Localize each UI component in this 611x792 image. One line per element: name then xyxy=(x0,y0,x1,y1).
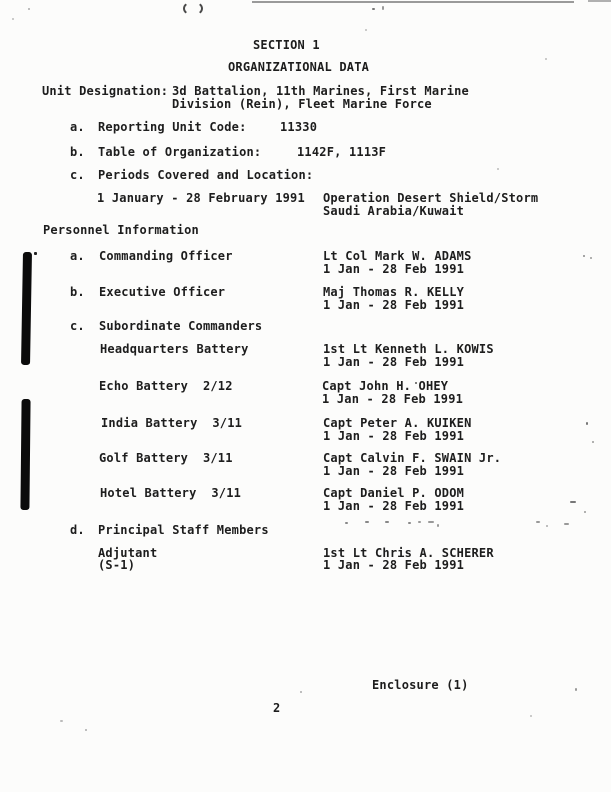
scan-speck xyxy=(428,521,434,523)
scan-line-top xyxy=(252,1,574,3)
personnel-b-name: Maj Thomas R. KELLY xyxy=(323,286,464,299)
org-item-b-letter: b. xyxy=(70,146,85,159)
unit-designation-line2: Division (Rein), Fleet Marine Force xyxy=(172,98,432,111)
staff-adjutant-dates: 1 Jan - 28 Feb 1991 xyxy=(323,559,464,572)
org-item-a-value: 11330 xyxy=(280,121,317,134)
staff-heading-title: Principal Staff Members xyxy=(98,524,269,537)
margin-bar-1 xyxy=(21,252,32,365)
personnel-c-letter: c. xyxy=(70,320,85,333)
scan-speck xyxy=(564,523,569,525)
scan-line-top-right xyxy=(588,0,611,2)
scan-speck xyxy=(365,521,369,523)
scan-speck xyxy=(418,521,421,523)
period-location-line2: Saudi Arabia/Kuwait xyxy=(323,205,464,218)
personnel-a-title: Commanding Officer xyxy=(99,250,233,263)
personnel-b-dates: 1 Jan - 28 Feb 1991 xyxy=(323,299,464,312)
document-title: ORGANIZATIONAL DATA xyxy=(228,61,369,74)
staff-heading-letter: d. xyxy=(70,524,85,537)
scan-speck xyxy=(372,8,375,10)
scan-speck xyxy=(385,521,389,523)
subordinate-1-unit: Headquarters Battery xyxy=(100,343,249,356)
scan-speck xyxy=(28,8,30,10)
scan-speck xyxy=(382,6,384,10)
staff-adjutant-line2: (S-1) xyxy=(98,559,135,572)
personnel-a-letter: a. xyxy=(70,250,85,263)
subordinate-1-dates: 1 Jan - 28 Feb 1991 xyxy=(323,356,464,369)
org-item-a-letter: a. xyxy=(70,121,85,134)
scan-speck xyxy=(575,688,577,691)
margin-bar-2 xyxy=(20,399,30,510)
enclosure-note: Enclosure (1) xyxy=(372,679,469,692)
org-item-c-letter: c. xyxy=(70,169,85,182)
scan-speck xyxy=(408,522,411,524)
scan-speck xyxy=(12,18,14,20)
scan-speck xyxy=(85,729,87,731)
scan-speck xyxy=(365,29,367,31)
subordinate-2-name: Capt John H. OHEY xyxy=(322,380,448,393)
page-number: 2 xyxy=(273,702,280,715)
scan-speck xyxy=(570,501,576,503)
subordinate-4-name: Capt Calvin F. SWAIN Jr. xyxy=(323,452,501,465)
unit-designation-line1: 3d Battalion, 11th Marines, First Marine xyxy=(172,85,469,98)
org-item-b-value: 1142F, 1113F xyxy=(297,146,386,159)
scan-speck xyxy=(545,58,547,60)
scan-speck xyxy=(536,521,540,523)
subordinate-1-name: 1st Lt Kenneth L. KOWIS xyxy=(323,343,494,356)
subordinate-3-dates: 1 Jan - 28 Feb 1991 xyxy=(323,430,464,443)
personnel-heading: Personnel Information xyxy=(43,224,199,237)
subordinate-5-name: Capt Daniel P. ODOM xyxy=(323,487,464,500)
period-location-line1: Operation Desert Shield/Storm xyxy=(323,192,538,205)
scan-speck xyxy=(590,257,592,259)
personnel-c-title: Subordinate Commanders xyxy=(99,320,262,333)
unit-designation-label: Unit Designation: xyxy=(42,85,168,98)
subordinate-5-unit: Hotel Battery 3/11 xyxy=(100,487,241,500)
org-item-a-label: Reporting Unit Code: xyxy=(98,121,247,134)
scan-speck xyxy=(497,168,499,170)
scan-speck xyxy=(345,522,348,524)
personnel-a-dates: 1 Jan - 28 Feb 1991 xyxy=(323,263,464,276)
scan-speck xyxy=(584,511,586,513)
personnel-a-name: Lt Col Mark W. ADAMS xyxy=(323,250,472,263)
subordinate-3-unit: India Battery 3/11 xyxy=(101,417,242,430)
subordinate-2-unit: Echo Battery 2/12 xyxy=(99,380,233,393)
scan-speck xyxy=(530,715,532,717)
hole-punch-mark xyxy=(183,1,203,16)
scan-speck xyxy=(592,441,594,443)
org-item-b-label: Table of Organization: xyxy=(98,146,261,159)
scan-speck xyxy=(60,720,63,722)
scanned-document-page: SECTION 1 ORGANIZATIONAL DATA Unit Desig… xyxy=(0,0,611,792)
scan-speck xyxy=(300,691,302,693)
scan-speck xyxy=(586,422,588,425)
org-item-c-label: Periods Covered and Location: xyxy=(98,169,313,182)
personnel-b-title: Executive Officer xyxy=(99,286,225,299)
scan-speck xyxy=(34,252,37,255)
section-heading: SECTION 1 xyxy=(253,39,320,52)
subordinate-2-dates: 1 Jan - 28 Feb 1991 xyxy=(322,393,463,406)
scan-speck xyxy=(437,524,439,527)
personnel-b-letter: b. xyxy=(70,286,85,299)
scan-speck xyxy=(583,255,585,257)
subordinate-4-unit: Golf Battery 3/11 xyxy=(99,452,233,465)
subordinate-3-name: Capt Peter A. KUIKEN xyxy=(323,417,472,430)
subordinate-4-dates: 1 Jan - 28 Feb 1991 xyxy=(323,465,464,478)
period-dates: 1 January - 28 February 1991 xyxy=(97,192,305,205)
subordinate-5-dates: 1 Jan - 28 Feb 1991 xyxy=(323,500,464,513)
scan-speck xyxy=(546,525,548,527)
